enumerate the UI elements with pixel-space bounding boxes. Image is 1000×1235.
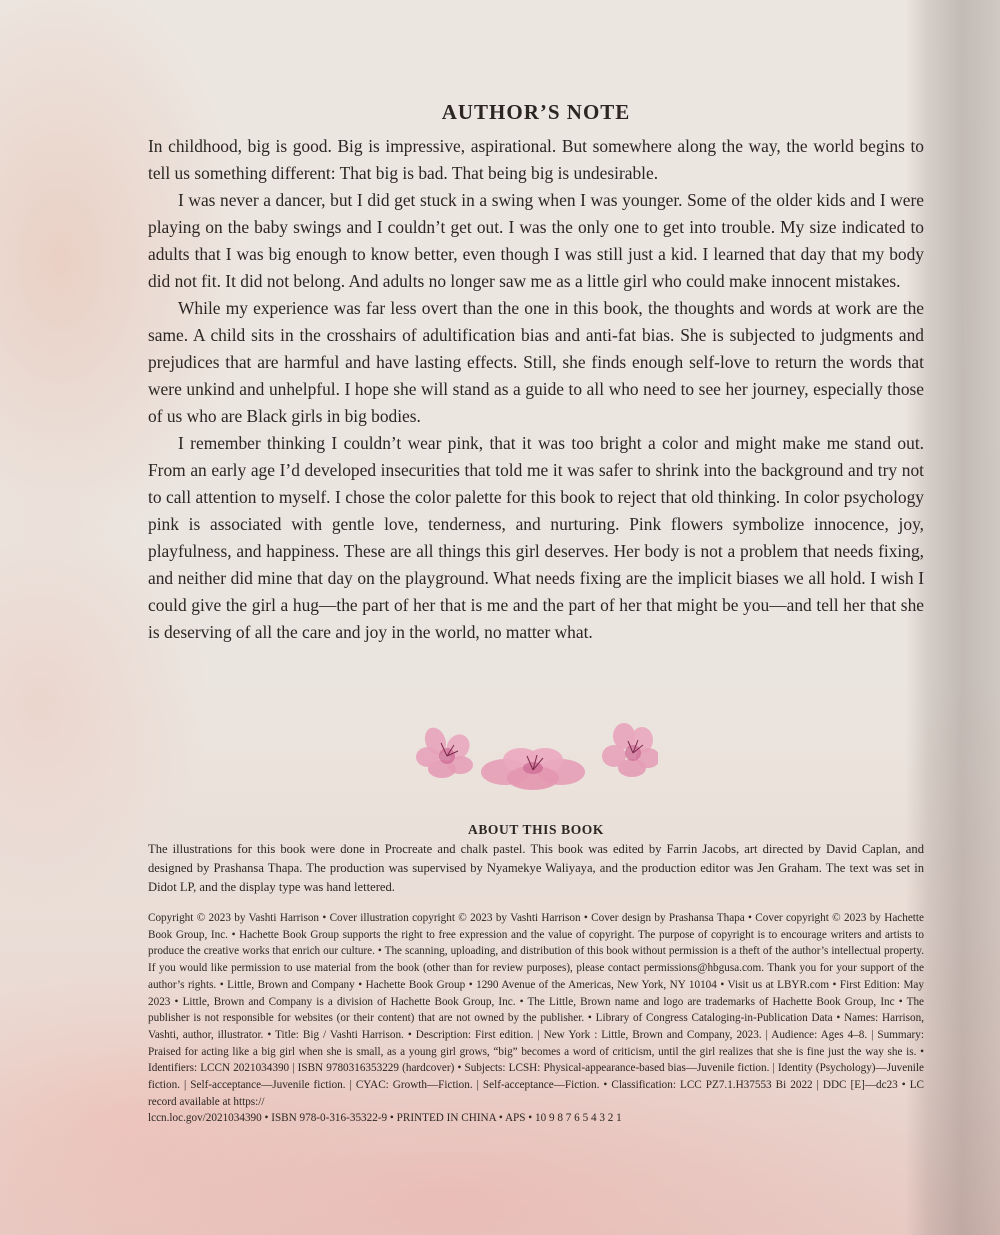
copyright-section: Copyright © 2023 by Vashti Harrison • Co… <box>148 910 924 1127</box>
authors-note-paragraph: While my experience was far less overt t… <box>148 295 924 430</box>
about-this-book-body: The illustrations for this book were don… <box>148 840 924 897</box>
copyright-text: Copyright © 2023 by Vashti Harrison • Co… <box>148 910 924 1110</box>
copyright-last-line: lccn.loc.gov/2021034390 • ISBN 978-0-316… <box>148 1110 924 1127</box>
authors-note-title: AUTHOR’S NOTE <box>148 100 924 125</box>
flower-decoration <box>408 718 658 798</box>
flower-blossom-icon <box>416 725 474 778</box>
flower-blossom-icon <box>602 723 658 777</box>
authors-note-section: AUTHOR’S NOTE In childhood, big is good.… <box>148 100 924 646</box>
about-this-book-title: ABOUT THIS BOOK <box>148 822 924 838</box>
authors-note-paragraph: I remember thinking I couldn’t wear pink… <box>148 430 924 646</box>
authors-note-paragraph: In childhood, big is good. Big is impres… <box>148 133 924 187</box>
authors-note-paragraph: I was never a dancer, but I did get stuc… <box>148 187 924 295</box>
flower-bloom-open-icon <box>481 748 585 790</box>
authors-note-body: In childhood, big is good. Big is impres… <box>148 133 924 646</box>
